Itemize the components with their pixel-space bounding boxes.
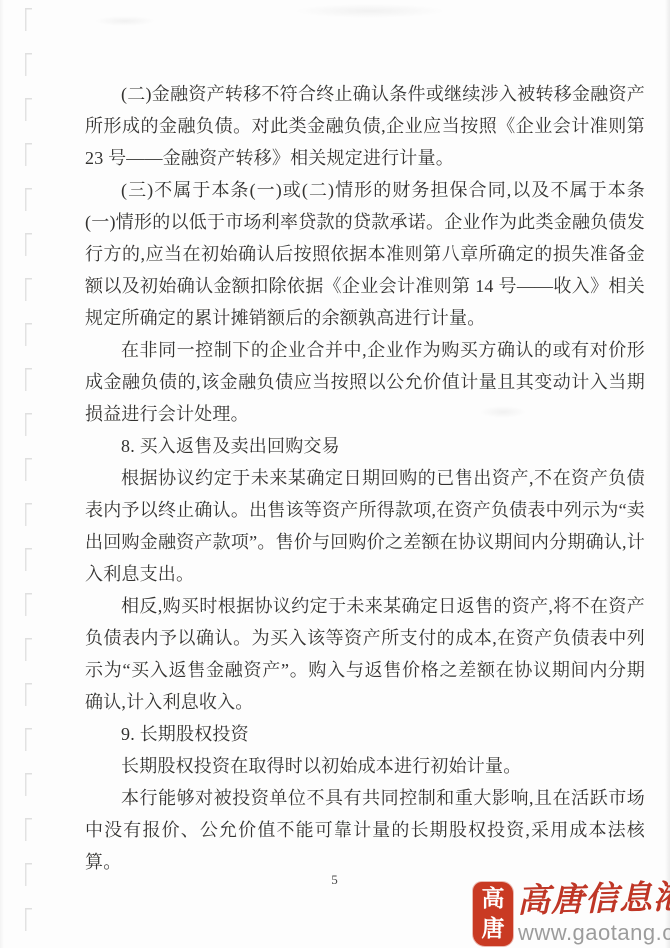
scanned-document-page: (二)金融资产转移不符合终止确认条件或继续涉入被转移金融资产所形成的金融负债。对… xyxy=(0,0,670,948)
paragraph-equity-investment-initial: 长期股权投资在取得时以初始成本进行初始计量。 xyxy=(85,750,645,782)
watermark-site-name: 高唐信息港 xyxy=(517,878,670,922)
paragraph-reverse-repo-assets: 相反,购买时根据协议约定于未来某确定日返售的资产,将不在资产负债表内予以确认。为… xyxy=(85,590,645,718)
binding-marks xyxy=(25,8,32,942)
seal-char-bottom: 唐 xyxy=(482,916,505,942)
paragraph-business-combination: 在非同一控制下的企业合并中,企业作为购买方确认的或有对价形成金融负债的,该金融负… xyxy=(85,334,645,430)
section-heading-8: 8. 买入返售及卖出回购交易 xyxy=(85,430,645,462)
paragraph-guarantee-contracts: (三)不属于本条(一)或(二)情形的财务担保合同,以及不属于本条(一)情形的以低… xyxy=(85,174,645,334)
document-body: (二)金融资产转移不符合终止确认条件或继续涉入被转移金融资产所形成的金融负债。对… xyxy=(85,78,645,878)
scan-smudge xyxy=(95,16,155,26)
scan-smudge xyxy=(295,4,445,18)
paragraph-repo-sold-assets: 根据协议约定于未来某确定日期回购的已售出资产,不在资产负债表内予以终止确认。出售… xyxy=(85,462,645,590)
paragraph-cost-method: 本行能够对被投资单位不具有共同控制和重大影响,且在活跃市场中没有报价、公允价值不… xyxy=(85,782,645,878)
watermark: 高 唐 高唐信息港 www.gaotang.cc xyxy=(470,878,670,948)
paragraph-financial-liability-transfer: (二)金融资产转移不符合终止确认条件或继续涉入被转移金融资产所形成的金融负债。对… xyxy=(85,78,645,174)
section-heading-9: 9. 长期股权投资 xyxy=(85,718,645,750)
watermark-site-url: www.gaotang.cc xyxy=(518,921,670,945)
seal-char-top: 高 xyxy=(482,886,505,912)
gaotang-seal-logo: 高 唐 xyxy=(473,882,513,946)
